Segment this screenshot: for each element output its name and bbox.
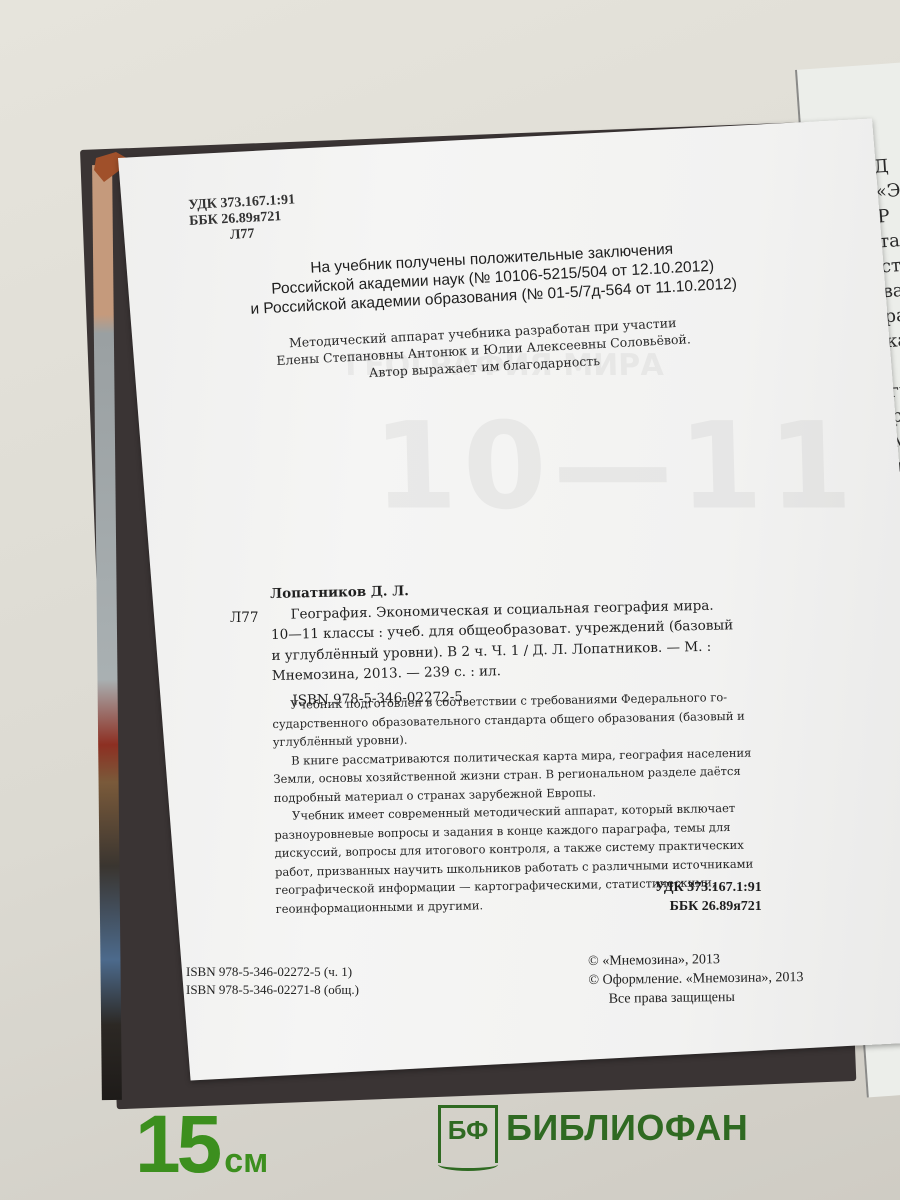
bottom-bbk: ББК 26.89я721	[655, 897, 762, 916]
isbn-part: ISBN 978-5-346-02272-5 (ч. 1)	[186, 963, 359, 981]
isbn-block: ISBN 978-5-346-02272-5 (ч. 1) ISBN 978-5…	[186, 963, 359, 999]
top-classification-codes: УДК 373.167.1:91 ББК 26.89я721 Л77	[188, 192, 297, 246]
size-number: 15	[135, 1099, 218, 1190]
brand-sticker: БФ БИБЛИОФАН	[438, 1105, 748, 1163]
copyright-line: © Оформление. «Мнемозина», 2013	[588, 968, 803, 990]
copyright-line: Все права защищены	[589, 987, 804, 1009]
isbn-total: ISBN 978-5-346-02271-8 (общ.)	[186, 981, 359, 999]
size-label: 15см	[135, 1098, 268, 1192]
show-through-grade: 10—11	[371, 397, 859, 536]
size-unit: см	[224, 1142, 268, 1180]
copyright-block: © «Мнемозина», 2013 © Оформление. «Мнемо…	[588, 949, 804, 1009]
bottom-classification-codes: УДК 373.167.1:91 ББК 26.89я721	[655, 878, 762, 916]
brand-logo-text: БФ	[448, 1115, 489, 1145]
bottom-udk: УДК 373.167.1:91	[655, 878, 762, 897]
brand-name: БИБЛИОФАН	[506, 1107, 748, 1149]
book-logo-icon: БФ	[438, 1105, 498, 1163]
author-mark-side: Л77	[230, 608, 258, 629]
